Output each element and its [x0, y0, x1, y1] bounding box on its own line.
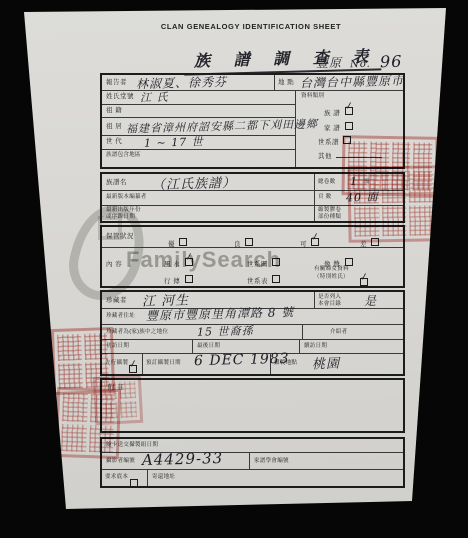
generations-value: 1 ~ 17 世: [144, 133, 204, 151]
film-place-label: 攝製地點: [274, 360, 297, 367]
checkmark-icon: ✓: [344, 100, 354, 112]
photographer-label: 攝影者編號: [106, 458, 135, 465]
red-seal-stamp-icon: [93, 375, 143, 425]
sheet-no-label: No.: [350, 59, 371, 71]
material-type-header: 資料類別: [301, 93, 324, 100]
place-value: 台灣台中縣豐原市: [300, 72, 404, 92]
section-holder-info: 珍藏者 江 河生 是否列入 本會目錄 是 珍藏者住址 豐原市豐原里角潭路 8 號…: [100, 290, 405, 376]
section-filming-admin: 隨卡送交攝製組日期 攝影者編號 A4429-33 家譜學會編號 要求底本 寄還地…: [100, 437, 405, 488]
material-option-checkbox: ✓: [345, 107, 353, 115]
pages-label: 頁 數: [318, 194, 331, 201]
content-checkbox: [272, 275, 280, 283]
surname-label: 姓氏堂號: [106, 93, 134, 101]
checkmark-icon: ✓: [359, 271, 369, 283]
film-label-line2: 部份種類: [318, 214, 341, 221]
follow-visit-label: 續訪日期: [304, 343, 327, 350]
content-checkbox: [345, 258, 353, 266]
women-data-label-line1: 有關婦女資料: [314, 266, 349, 273]
scanned-genealogy-sheet: { "header": { "printed_title": "CLAN GEN…: [0, 0, 468, 538]
condition-option-label: 可: [300, 241, 307, 248]
section-notes: 附 註: [100, 378, 405, 433]
checkbox-icon: [345, 258, 353, 266]
red-seal-stamp-icon: [347, 165, 440, 243]
origin-label: 祖 籍: [106, 107, 122, 115]
content-label: 內 容: [106, 261, 122, 269]
sheet-location: 豐原: [316, 54, 342, 72]
film-date-label: 預訂攝製日期: [146, 360, 181, 367]
book-title-label: 族譜名: [106, 179, 127, 187]
book-title-value: （江氏族譜）: [152, 172, 236, 193]
compiler-label: 最新版本編纂者: [106, 194, 147, 201]
material-option-label: 族 譜: [324, 110, 340, 117]
material-other-label: 其他: [318, 153, 332, 160]
women-data-label-line2: （特別姓氏）: [314, 274, 349, 281]
listed-value: 是: [364, 292, 377, 309]
sheet-number: 96: [379, 52, 402, 72]
content-checkbox: [185, 275, 193, 283]
generations-label: 世 代: [106, 138, 122, 146]
listed-label-line2: 本會目錄: [318, 301, 341, 308]
home-label: 祖 居: [106, 123, 122, 131]
checkbox-icon: [185, 275, 193, 283]
condition-label: 保管狀況: [106, 233, 134, 241]
condition-checkbox: ✓: [311, 238, 319, 246]
content-option-label: 世系表: [247, 278, 268, 285]
last-visit-label: 最後日期: [197, 343, 220, 350]
place-label: 地 點: [278, 79, 294, 87]
checkbox-icon: [179, 238, 187, 246]
position-label: 珍藏者為(家)族中之地位: [106, 329, 168, 336]
coverage-label: 族譜包含地區: [106, 152, 141, 159]
address-value: 豐原市豐原里角潭路 8 號: [146, 303, 295, 324]
position-value: 15 世裔孫: [197, 322, 254, 339]
checkmark-icon: ✓: [311, 231, 321, 243]
return-address-label: 寄還地址: [152, 474, 175, 481]
condition-checkbox: [245, 238, 253, 246]
material-option-checkbox: [345, 122, 353, 130]
paper-sheet: CLAN GENEALOGY IDENTIFICATION SHEET 族 譜 …: [0, 0, 468, 538]
reporter-label: 報告者: [106, 79, 127, 87]
film-place-value: 桃園: [312, 353, 341, 373]
familysearch-watermark-text: FamilySearch: [126, 247, 281, 273]
address-label: 珍藏者住址: [106, 313, 135, 320]
volumes-label: 總卷數: [318, 179, 335, 186]
pubdate-label-line1: 最新出版年份: [106, 207, 141, 214]
society-number-label: 家譜學會編號: [254, 458, 289, 465]
listed-label-line1: 是否列入: [318, 294, 341, 301]
pubdate-label-line2: 或序跋日期: [106, 214, 135, 221]
checkbox-icon: [272, 275, 280, 283]
condition-checkbox: [179, 238, 187, 246]
holder-label: 珍藏者: [106, 297, 127, 305]
copy-request-checkbox: [130, 479, 138, 487]
content-option-label: 行 傳: [164, 278, 180, 285]
checkbox-icon: [345, 122, 353, 130]
checkbox-icon: [245, 238, 253, 246]
women-data-checkbox: ✓: [360, 278, 368, 286]
film-label-line1: 縮製膠卷: [318, 207, 341, 214]
copy-request-label: 要求底本: [105, 474, 128, 481]
checkbox-icon: [130, 479, 138, 487]
checkmark-icon: ✓: [128, 358, 138, 370]
prefilm-checkbox: ✓: [129, 365, 137, 373]
photographer-value: A4429-33: [142, 449, 224, 469]
surname-value: 江 氏: [140, 89, 169, 106]
introducer-label: 介紹者: [330, 329, 347, 336]
home-value: 福建省漳州府詔安縣二都下刈田邊鄉: [126, 115, 318, 136]
printed-header-title: CLAN GENEALOGY IDENTIFICATION SHEET: [100, 22, 402, 31]
